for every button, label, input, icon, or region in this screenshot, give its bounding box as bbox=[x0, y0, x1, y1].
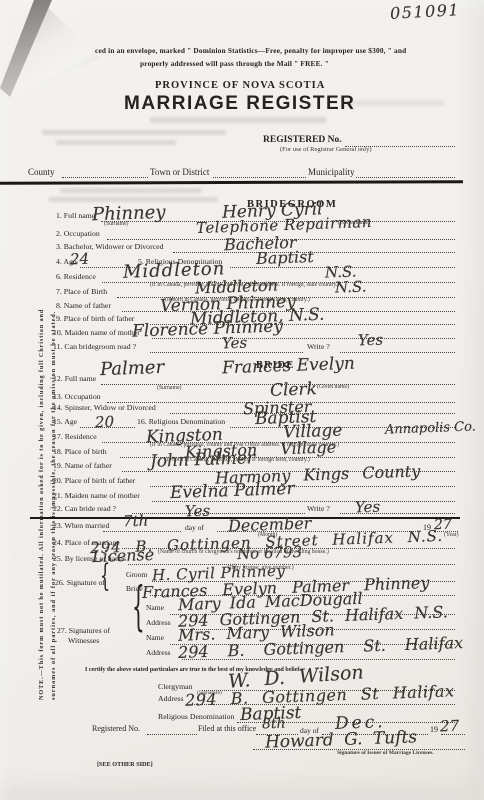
see-other-side-note: [SEE OTHER SIDE] bbox=[97, 761, 153, 768]
br-write-handwriting: Yes bbox=[355, 498, 381, 517]
bg-status-line bbox=[173, 251, 455, 253]
bg-surname-handwriting: Phinney bbox=[92, 202, 166, 226]
province-title: PROVINCE OF NOVA SCOTIA bbox=[155, 80, 325, 91]
bg-read-handwriting: Yes bbox=[222, 334, 248, 353]
town-district-line bbox=[213, 176, 306, 178]
when-day-handwriting: 7th bbox=[123, 512, 149, 531]
br-given-caption: (Given name) bbox=[317, 384, 349, 390]
bleed-through-smudge bbox=[42, 130, 226, 135]
when-line-1 bbox=[103, 530, 181, 532]
br-read-label: 22. Can bride read ? bbox=[53, 504, 116, 513]
witness2-address-label: Address bbox=[146, 648, 171, 657]
bg-occupation-label: 2. Occupation bbox=[56, 229, 100, 238]
mail-instruction-line-1: ced in an envelope, marked " Dominion St… bbox=[95, 46, 406, 55]
bg-age-handwriting: 24 bbox=[70, 250, 90, 269]
registered-no-bottom-line bbox=[147, 733, 197, 735]
municipality-label: Municipality bbox=[308, 167, 355, 177]
bg-birthplace-label: 7. Place of Birth bbox=[56, 287, 107, 296]
br-birthplace-label: 18. Place of birth bbox=[53, 447, 107, 456]
county-line bbox=[62, 176, 148, 178]
issuer-caption: Signature of Issuer of Marriage Licenses… bbox=[337, 750, 434, 756]
witness2-name-label: Name bbox=[146, 633, 164, 642]
bg-write-handwriting: Yes bbox=[358, 331, 384, 350]
filed-year-handwriting: 27 bbox=[440, 717, 460, 736]
registered-no-bottom-label: Registered No. bbox=[92, 724, 140, 733]
br-occupation-label: 13. Occupation bbox=[53, 392, 101, 401]
br-given-handwriting: Frances Evelyn bbox=[222, 354, 355, 379]
clergy-address-label: Address bbox=[158, 694, 184, 703]
when-married-label: 23. When married bbox=[53, 521, 109, 530]
br-mother-label: 21. Maiden name of mother bbox=[53, 491, 140, 500]
witness1-address-label: Address bbox=[146, 618, 171, 627]
page-title: MARRIAGE REGISTER bbox=[124, 93, 355, 115]
signature-of-label: 26. Signature of bbox=[55, 578, 105, 587]
bg-write-label: Write ? bbox=[307, 342, 330, 351]
mail-instruction-line-2: properly addressed will pass through the… bbox=[140, 59, 329, 68]
clergy-address-handwriting: 294 B. Gottingen St Halifax bbox=[185, 681, 455, 709]
witnesses-label-1: 27. Signatures of bbox=[57, 626, 110, 635]
bleed-through-smudge bbox=[56, 140, 176, 145]
bleed-through-smudge bbox=[345, 100, 445, 106]
registrar-only-note: (For use of Registrar General only) bbox=[280, 146, 372, 153]
filed-day-handwriting: 8th bbox=[262, 716, 286, 733]
br-write-label: Write ? bbox=[307, 504, 330, 513]
br-residence-label: 17. Residence bbox=[53, 432, 97, 441]
day-of-label: day of bbox=[185, 523, 204, 532]
br-age-handwriting: 20 bbox=[95, 413, 115, 432]
serial-number: 051091 bbox=[390, 0, 461, 23]
br-surname-caption: (Surname) bbox=[157, 385, 181, 391]
county-label: County bbox=[28, 167, 55, 177]
section-divider bbox=[0, 180, 463, 184]
margin-note-line-1: NOTE.—This form must not be mutilated. A… bbox=[38, 242, 45, 700]
bg-mother-label: 10. Maiden name of mother bbox=[53, 328, 140, 337]
bg-fullname-label: 1. Full name bbox=[56, 211, 95, 220]
bg-birthplace-province-handwriting: N.S. bbox=[335, 277, 367, 296]
br-surname-handwriting: Palmer bbox=[100, 357, 165, 380]
marriage-register-document: 051091 ced in an envelope, marked " Domi… bbox=[0, 0, 484, 800]
witnesses-label-2: Witnesses bbox=[68, 636, 99, 645]
bleed-through-smudge bbox=[48, 197, 218, 202]
bg-father-label: 8. Name of father bbox=[56, 301, 111, 310]
filed-label: Filed at this office bbox=[198, 724, 256, 733]
margin-note-line-2: surnames of all parties, and if for any … bbox=[50, 242, 57, 700]
bg-father-birthplace-label: 9. Place of birth of father bbox=[56, 314, 134, 323]
br-father-label: 19. Name of father bbox=[53, 461, 112, 470]
br-father-birthplace-label: 20. Place of birth of father bbox=[53, 476, 135, 485]
br-fullname-label: 12. Full name bbox=[53, 374, 96, 383]
denomination-label: Religious Denomination bbox=[158, 712, 234, 721]
bg-religion-handwriting: Baptist bbox=[256, 247, 314, 268]
bleed-through-smudge bbox=[60, 188, 202, 193]
registered-no-label: REGISTERED No. bbox=[263, 135, 342, 145]
municipality-line bbox=[356, 176, 455, 178]
bg-write-line bbox=[340, 351, 455, 353]
witness1-name-label: Name bbox=[146, 603, 164, 612]
license-handwriting: License bbox=[92, 545, 155, 566]
license-no-handwriting: No 6793 bbox=[237, 543, 303, 563]
bg-read-label: 11. Can bridegroom read ? bbox=[53, 342, 136, 351]
br-status-label: 14. Spinster, Widow or Divorced bbox=[53, 403, 156, 412]
br-residence-county-handwriting: Annapolis Co. bbox=[385, 419, 476, 437]
bleed-through-smudge bbox=[150, 117, 326, 123]
filed-year-prefix: 19 bbox=[430, 725, 438, 734]
bg-residence-label: 6. Residence bbox=[56, 272, 96, 281]
town-district-label: Town or District bbox=[150, 167, 209, 177]
